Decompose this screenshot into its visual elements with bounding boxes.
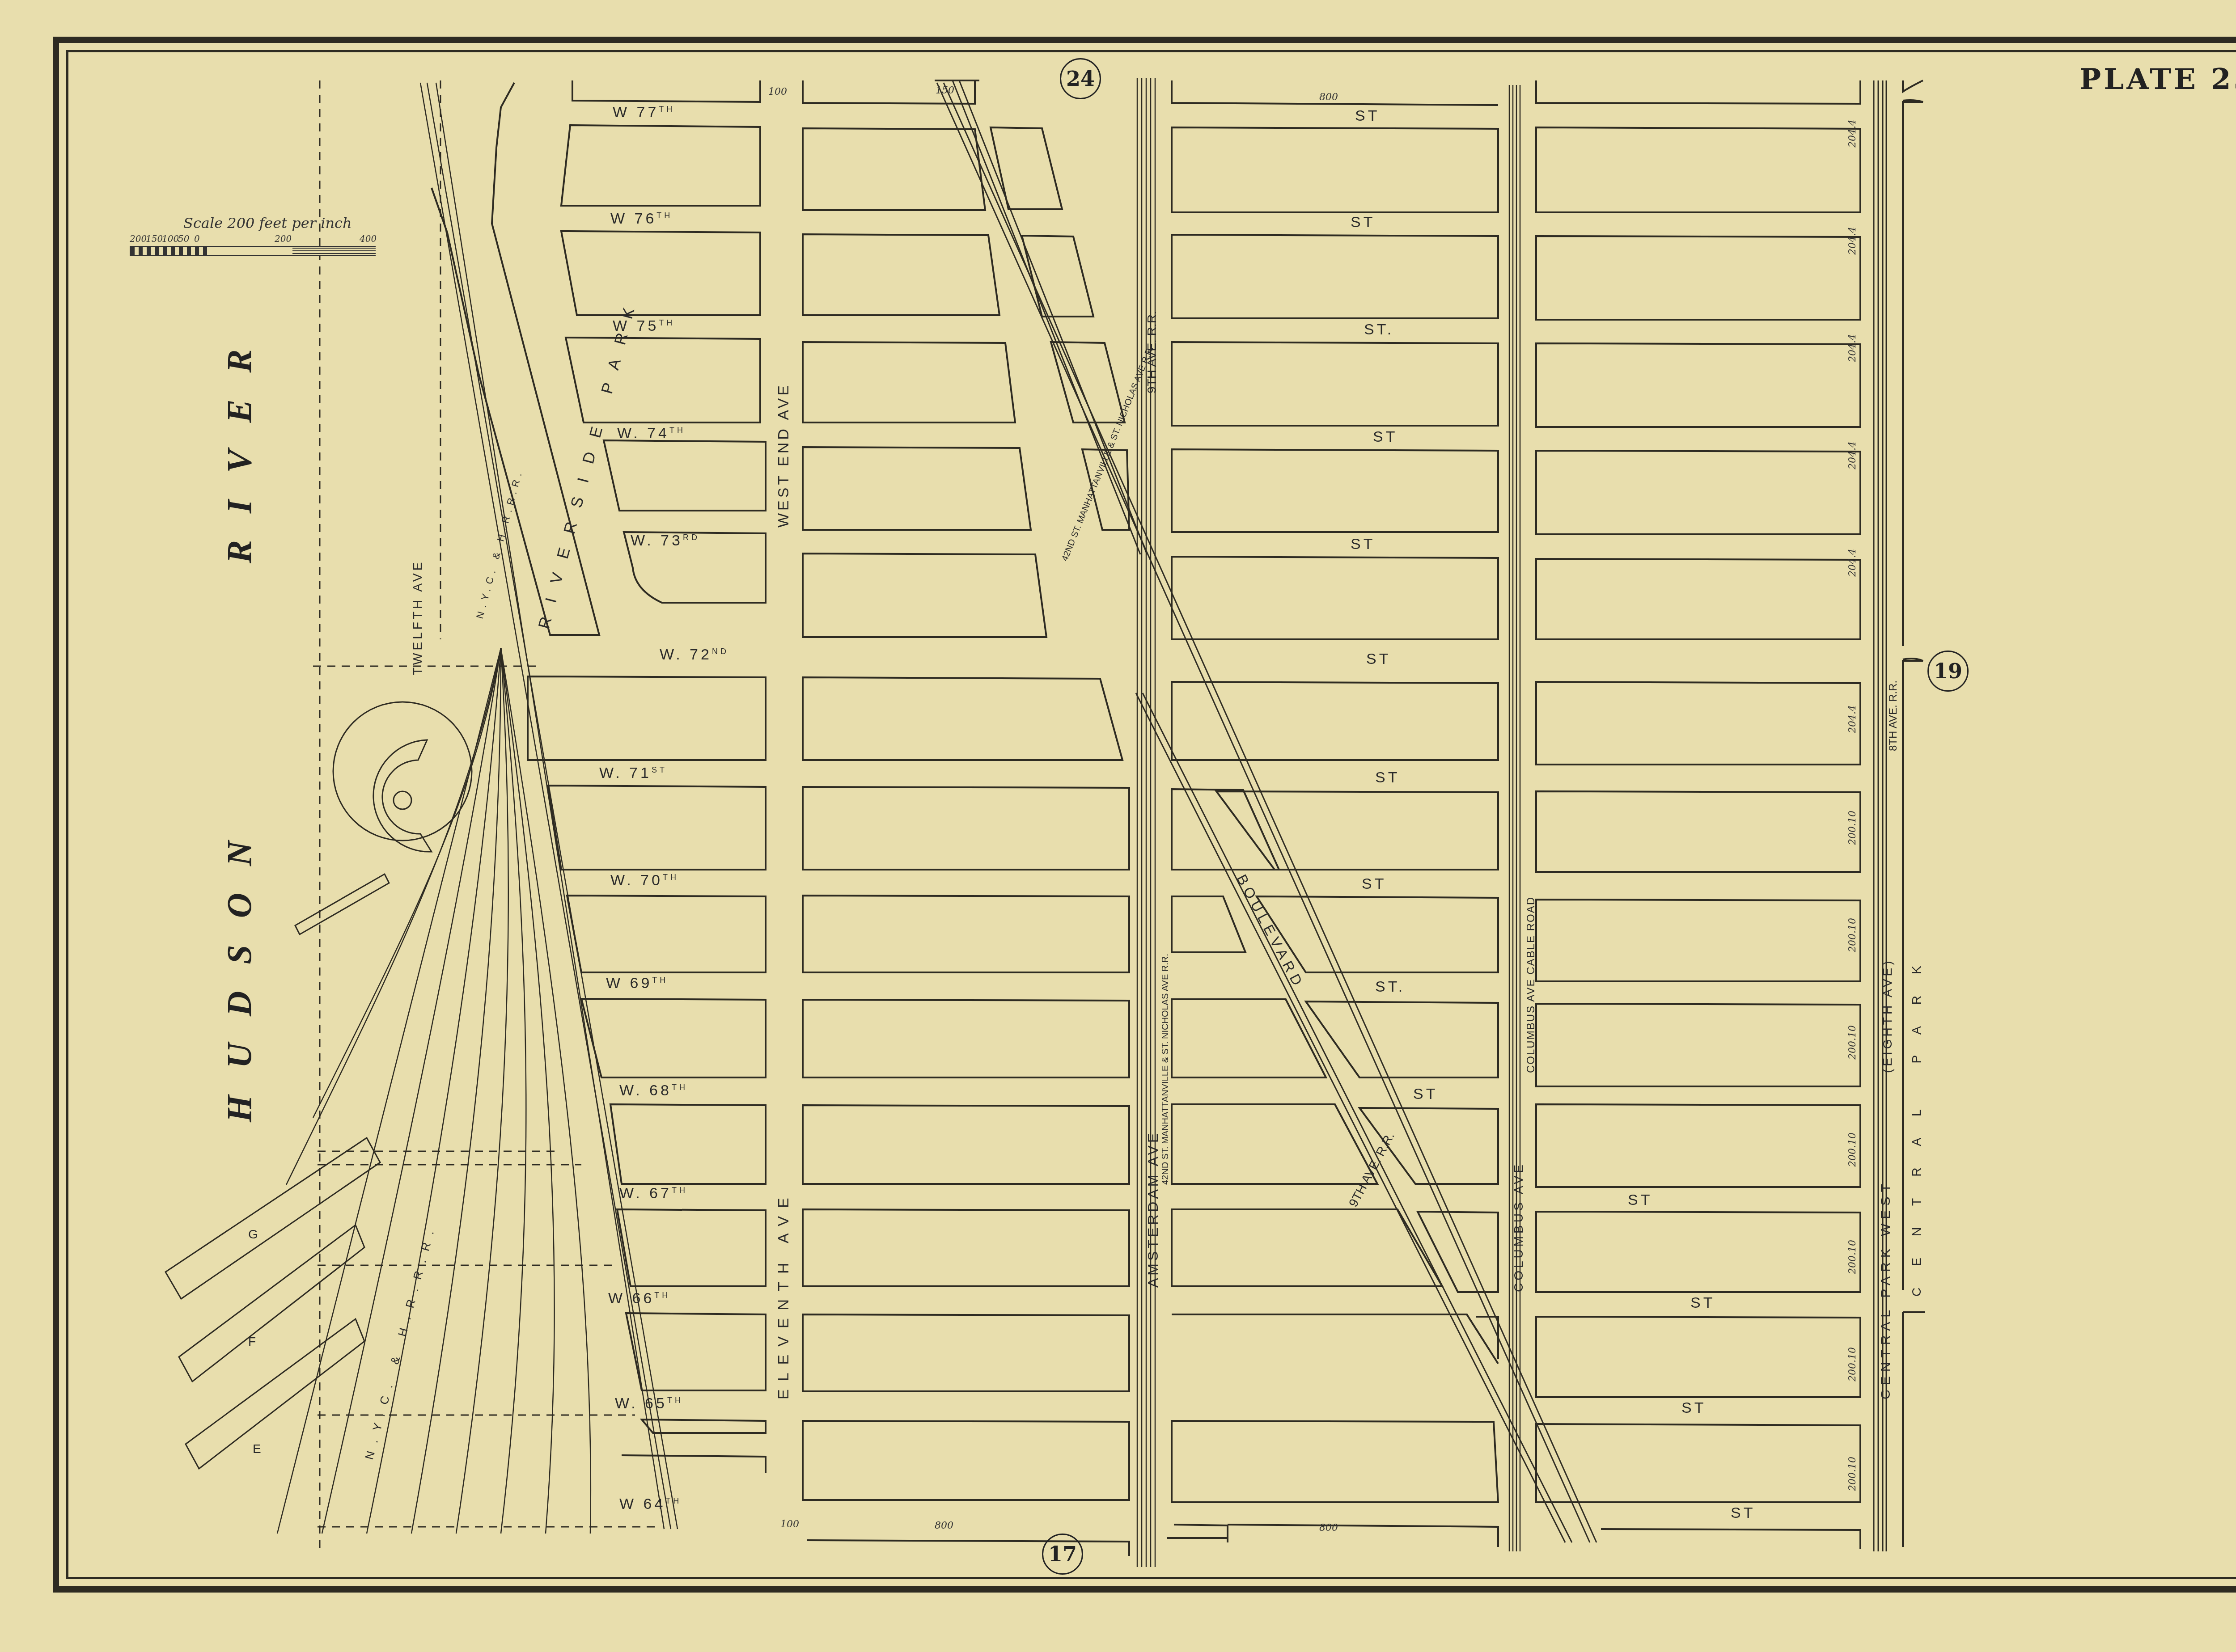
blocks-west-end-to-amsterdam [803, 80, 1129, 1556]
central-park-edge [1903, 80, 1925, 1547]
pier-label-g: G [248, 1227, 258, 1242]
street-label-st-65-east: ST [1681, 1399, 1706, 1417]
scale-graphic [130, 246, 376, 256]
roundhouse [333, 702, 472, 852]
piers [165, 874, 389, 1469]
street-label-w64: W 64TH [619, 1496, 682, 1513]
blocks-amsterdam-to-columbus [1167, 80, 1498, 1547]
dimension-frontage-10: 200.10 [1847, 1132, 1858, 1167]
river-label-hudson: HUDSON [219, 814, 259, 1122]
dimension-street-north: 100 [768, 86, 787, 97]
riverside-park-outline [432, 83, 599, 635]
street-label-w73: W. 73RD [631, 532, 700, 549]
street-label-st-69-east: ST. [1375, 978, 1405, 996]
scale-bar: Scale 200 feet per inch 200 150 100 50 0… [130, 215, 377, 256]
dimension-frontage-9: 200.10 [1847, 1025, 1858, 1060]
park-label-central: CENTRAL PARK [1910, 944, 1924, 1297]
street-label-st-76-east: ST [1351, 214, 1375, 231]
dimension-ave-north: 150 [936, 85, 954, 96]
blocks-columbus-to-cpw [1536, 80, 1860, 1549]
pier-label-f: F [248, 1335, 256, 1349]
dimension-frontage-8: 200.10 [1847, 918, 1858, 952]
dimension-frontage-5: 204.4 [1847, 549, 1858, 577]
street-label-st-68-east: ST [1413, 1086, 1438, 1103]
adjacent-sheet-south[interactable]: 17 [1042, 1534, 1083, 1575]
adjacent-sheet-east[interactable]: 19 [1927, 651, 1969, 692]
street-label-st-75-east: ST. [1364, 321, 1394, 338]
avenue-label-columbus-cable: COLUMBUS AVE CABLE ROAD [1525, 896, 1537, 1073]
dimension-frontage-1: 204.4 [1847, 119, 1858, 148]
street-label-w70: W. 70TH [610, 872, 679, 889]
plate-title: PLATE 23. [2079, 63, 2236, 96]
street-label-w74: W. 74TH [617, 425, 686, 442]
scale-title: Scale 200 feet per inch [183, 215, 377, 232]
dimension-block-south-2: 800 [1319, 1522, 1338, 1534]
avenue-label-twelfth: TWELFTH AVE [411, 560, 425, 675]
street-label-st-77-east: ST [1355, 107, 1380, 125]
avenue-label-cpw: CENTRAL PARK WEST [1878, 1179, 1893, 1399]
dimension-frontage-2: 204.4 [1847, 227, 1858, 255]
street-label-st-73-east: ST [1351, 536, 1375, 553]
railroad-label-ninth-north: 9TH AVE. R.R. [1145, 311, 1159, 393]
dimension-frontage-13: 200.10 [1847, 1457, 1858, 1491]
street-label-w71: W. 71ST [599, 765, 667, 782]
columbus-ave-rails [1509, 85, 1520, 1551]
street-label-w65: W. 65TH [615, 1395, 683, 1412]
pier-label-e: E [253, 1442, 261, 1456]
avenue-label-columbus: COLUMBUS AVE [1512, 1162, 1526, 1292]
railroad-label-manhattanville-south: 42ND ST. MANHATTANVILLE & ST. NICHOLAS A… [1160, 954, 1171, 1185]
avenue-label-west-end: WEST END AVE [775, 383, 792, 528]
street-label-st-74-east: ST [1373, 428, 1397, 446]
avenue-label-eleventh: ELEVENTH AVE [775, 1190, 792, 1399]
street-label-w72: W. 72ND [660, 646, 729, 663]
street-label-w67: W. 67TH [619, 1185, 688, 1202]
street-label-st-66-east: ST [1690, 1294, 1715, 1312]
street-label-w76: W 76TH [610, 210, 673, 228]
scale-ticks: 200 150 100 50 0 200 400 [130, 233, 377, 244]
nyc-hr-railroad-tracks [277, 83, 678, 1534]
avenue-label-amsterdam: AMSTERDAM AVE [1145, 1131, 1161, 1288]
adjacent-sheet-north[interactable]: 24 [1060, 58, 1101, 99]
street-label-st-64-east: ST [1731, 1504, 1755, 1522]
street-label-w69: W 69TH [606, 975, 668, 992]
river-label-river: RIVER [219, 323, 259, 563]
dimension-frontage-12: 200.10 [1847, 1347, 1858, 1382]
dimension-frontage-11: 200.10 [1847, 1240, 1858, 1274]
dimension-block-south-1: 800 [935, 1520, 953, 1531]
street-label-st-67-east: ST [1628, 1191, 1652, 1209]
street-label-w77: W 77TH [613, 104, 675, 121]
railroad-label-eighth: 8TH AVE. R.R. [1887, 680, 1900, 751]
dimension-street-south: 100 [780, 1519, 799, 1530]
street-label-w68: W. 68TH [619, 1082, 688, 1099]
dimension-frontage-4: 204.4 [1847, 441, 1858, 469]
dimension-frontage-3: 204.4 [1847, 334, 1858, 362]
street-label-w66: W 66TH [608, 1290, 670, 1307]
avenue-label-eighth: (EIGHTH AVE) [1880, 958, 1895, 1073]
dimension-frontage-7: 200.10 [1847, 811, 1858, 845]
amsterdam-ave-rails [1137, 78, 1155, 1567]
street-label-st-72-east: ST [1366, 651, 1391, 668]
dimension-block-north: 800 [1319, 92, 1338, 103]
street-label-st-71-east: ST [1375, 769, 1400, 786]
street-label-st-70-east: ST [1362, 875, 1386, 893]
dimension-frontage-6: 204.4 [1847, 705, 1858, 733]
